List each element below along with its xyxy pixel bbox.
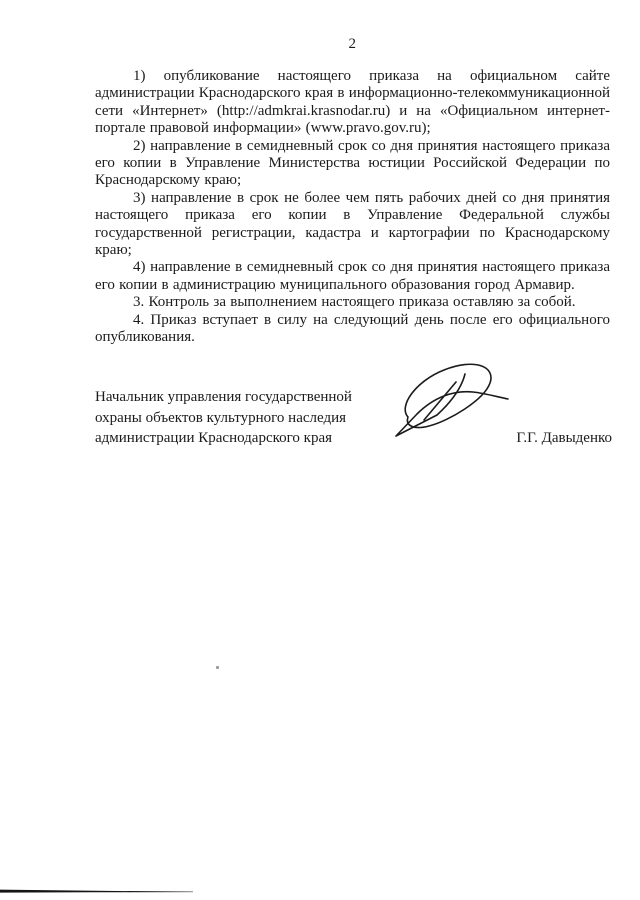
signature-block: Начальник управления государственной охр… <box>95 387 612 457</box>
paragraph-item-1: 1) опубликование настоящего приказа на о… <box>95 68 610 138</box>
paragraph-item-2: 2) направление в семидневный срок со дня… <box>95 138 610 190</box>
paragraph-control-clause: 3. Контроль за выполнением настоящего пр… <box>95 294 610 311</box>
handwritten-signature-icon <box>386 360 512 442</box>
signer-position-line-2: охраны объектов культурного наследия <box>95 408 612 429</box>
signer-position-line-1: Начальник управления государственной <box>95 387 612 408</box>
paragraph-effective-date-clause: 4. Приказ вступает в силу на следующий д… <box>95 312 610 347</box>
paragraph-item-3: 3) направление в срок не более чем пять … <box>95 190 610 260</box>
signer-name: Г.Г. Давыденко <box>516 430 612 447</box>
page-number: 2 <box>95 36 610 53</box>
document-body: 1) опубликование настоящего приказа на о… <box>95 68 610 347</box>
paragraph-item-4: 4) направление в семидневный срок со дня… <box>95 259 610 294</box>
document-page: 2 1) опубликование настоящего приказа на… <box>0 0 640 900</box>
scan-artifact-dot <box>216 666 219 669</box>
scan-artifact-line <box>0 886 200 896</box>
